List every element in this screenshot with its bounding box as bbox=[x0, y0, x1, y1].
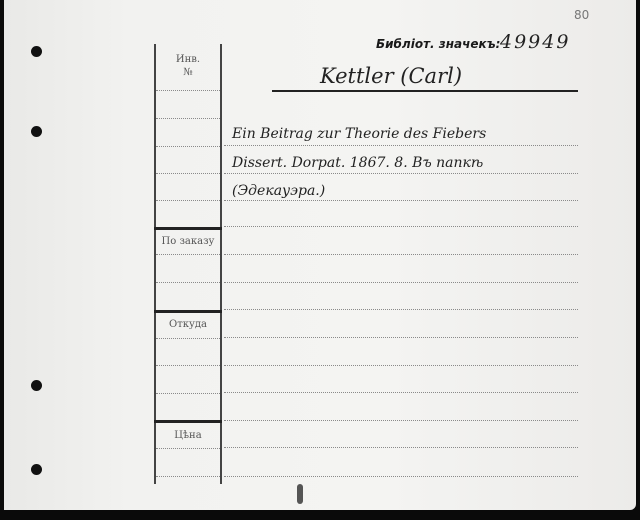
inventory-label: Инв. bbox=[156, 54, 220, 65]
entry-line bbox=[224, 392, 578, 393]
left-row-line bbox=[156, 365, 220, 366]
entry-line bbox=[224, 173, 578, 174]
left-row-line bbox=[156, 282, 220, 283]
entry-line bbox=[224, 309, 578, 310]
punch-hole bbox=[31, 46, 42, 57]
left-row-line bbox=[156, 393, 220, 394]
entry-line bbox=[224, 254, 578, 255]
left-column-border bbox=[154, 44, 156, 484]
entry-line-2: Dissert. Dorpat. 1867. 8. Въ папкѣ bbox=[232, 155, 483, 171]
entry-line bbox=[224, 337, 578, 338]
left-row-line bbox=[156, 90, 220, 91]
left-row-line bbox=[156, 118, 220, 119]
left-row-line bbox=[156, 338, 220, 339]
library-mark-value: 49949 bbox=[500, 31, 570, 53]
left-row-line bbox=[156, 254, 220, 255]
left-row-line bbox=[156, 476, 220, 477]
punch-hole bbox=[31, 464, 42, 475]
left-row-line bbox=[156, 448, 220, 449]
section-divider bbox=[154, 227, 222, 230]
order-label: По заказу bbox=[156, 236, 220, 247]
left-row-line bbox=[156, 146, 220, 147]
entry-line bbox=[224, 145, 578, 146]
entry-line-3: (Эдекауэра.) bbox=[232, 183, 325, 199]
entry-line-1: Ein Beitrag zur Theorie des Fiebers bbox=[232, 126, 486, 142]
entry-line bbox=[224, 226, 578, 227]
left-row-line bbox=[156, 173, 220, 174]
source-label: Откуда bbox=[156, 319, 220, 330]
entry-line bbox=[224, 476, 578, 477]
entry-line bbox=[224, 282, 578, 283]
price-label: Цѣна bbox=[156, 430, 220, 441]
author-name: Kettler (Carl) bbox=[320, 64, 462, 88]
library-mark-label: Библiот. значекъ: bbox=[376, 37, 500, 51]
ink-smudge bbox=[297, 484, 303, 504]
entry-line bbox=[224, 365, 578, 366]
punch-hole bbox=[31, 380, 42, 391]
author-underline bbox=[272, 90, 578, 92]
section-divider bbox=[154, 310, 222, 313]
catalog-card: 80 Библiот. значекъ: 49949 Инв. № По зак… bbox=[4, 0, 636, 510]
entry-line bbox=[224, 200, 578, 201]
left-row-line bbox=[156, 200, 220, 201]
entry-line bbox=[224, 420, 578, 421]
section-divider bbox=[154, 420, 222, 423]
left-column-divider bbox=[220, 44, 222, 484]
number-label: № bbox=[156, 67, 220, 78]
entry-line bbox=[224, 447, 578, 448]
page-number: 80 bbox=[574, 8, 589, 22]
punch-hole bbox=[31, 126, 42, 137]
